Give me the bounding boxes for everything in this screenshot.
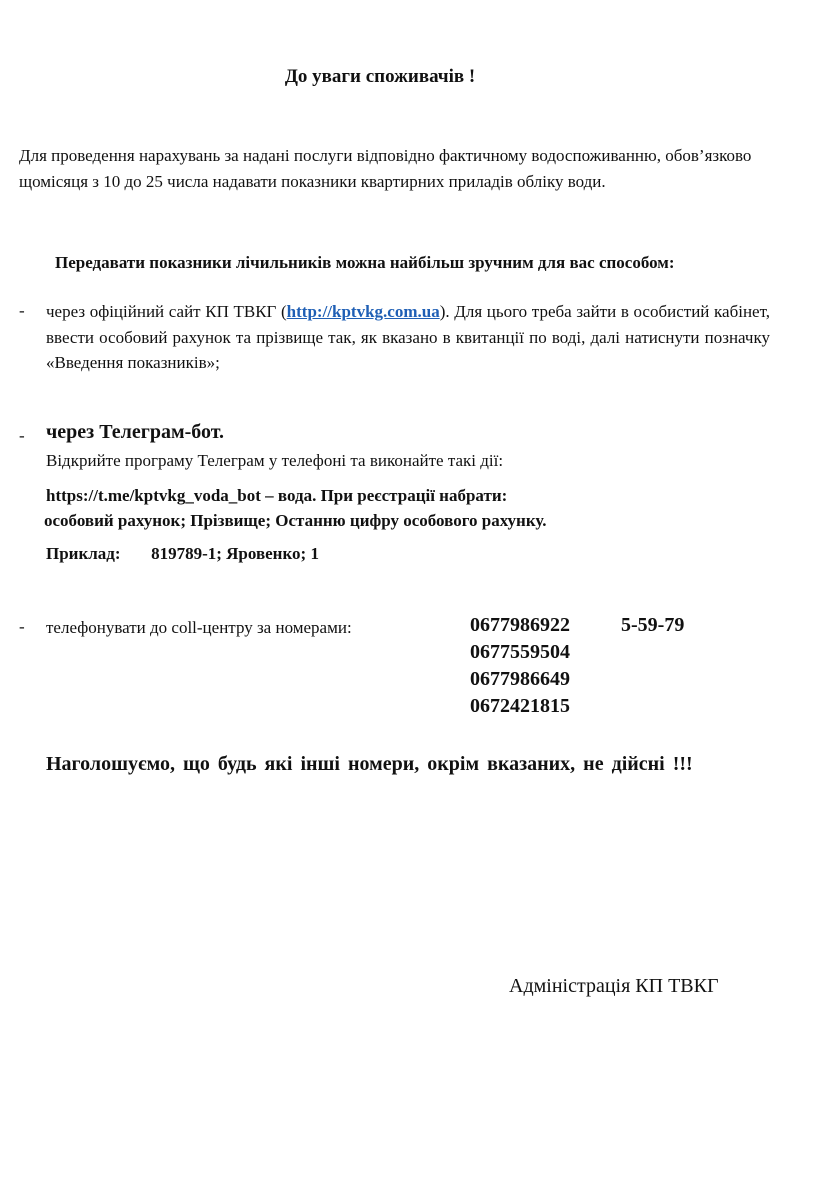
phone-number[interactable]: 0677559504 <box>470 641 570 664</box>
intro-paragraph: Для проведення нарахувань за надані посл… <box>19 143 779 194</box>
bullet-dash: - <box>19 426 25 446</box>
example-value: 819789-1; Яровенко; 1 <box>151 544 319 563</box>
document-title: До уваги споживачів ! <box>0 66 760 88</box>
landline-number[interactable]: 5-59-79 <box>621 614 684 637</box>
website-link[interactable]: http://kptvkg.com.ua <box>287 302 440 321</box>
phone-number[interactable]: 0677986922 <box>470 614 570 637</box>
telegram-instruction: Відкрийте програму Телеграм у телефоні т… <box>46 448 503 474</box>
example-label: Приклад: <box>46 544 121 563</box>
bullet-dash: - <box>19 301 25 321</box>
method-website-text: через офіційний сайт КП ТВКГ (http://kpt… <box>46 299 770 376</box>
phone-number[interactable]: 0677986649 <box>470 668 570 691</box>
signature: Адміністрація КП ТВКГ <box>509 975 719 998</box>
methods-heading: Передавати показники лічильників можна н… <box>55 253 675 273</box>
telegram-heading: через Телеграм-бот. <box>46 421 224 444</box>
telegram-fields-line: особовий рахунок; Прізвище; Останню цифр… <box>44 508 546 534</box>
telegram-example: Приклад: 819789-1; Яровенко; 1 <box>46 541 319 567</box>
bullet-dash: - <box>19 617 25 637</box>
warning-notice: Наголошуємо, що будь які інші номери, ок… <box>46 753 693 776</box>
phone-text: телефонувати до coll-центру за номерами: <box>46 615 352 641</box>
phone-number[interactable]: 0672421815 <box>470 695 570 718</box>
telegram-bot-line: https://t.me/kptvkg_voda_bot – вода. При… <box>46 483 507 509</box>
